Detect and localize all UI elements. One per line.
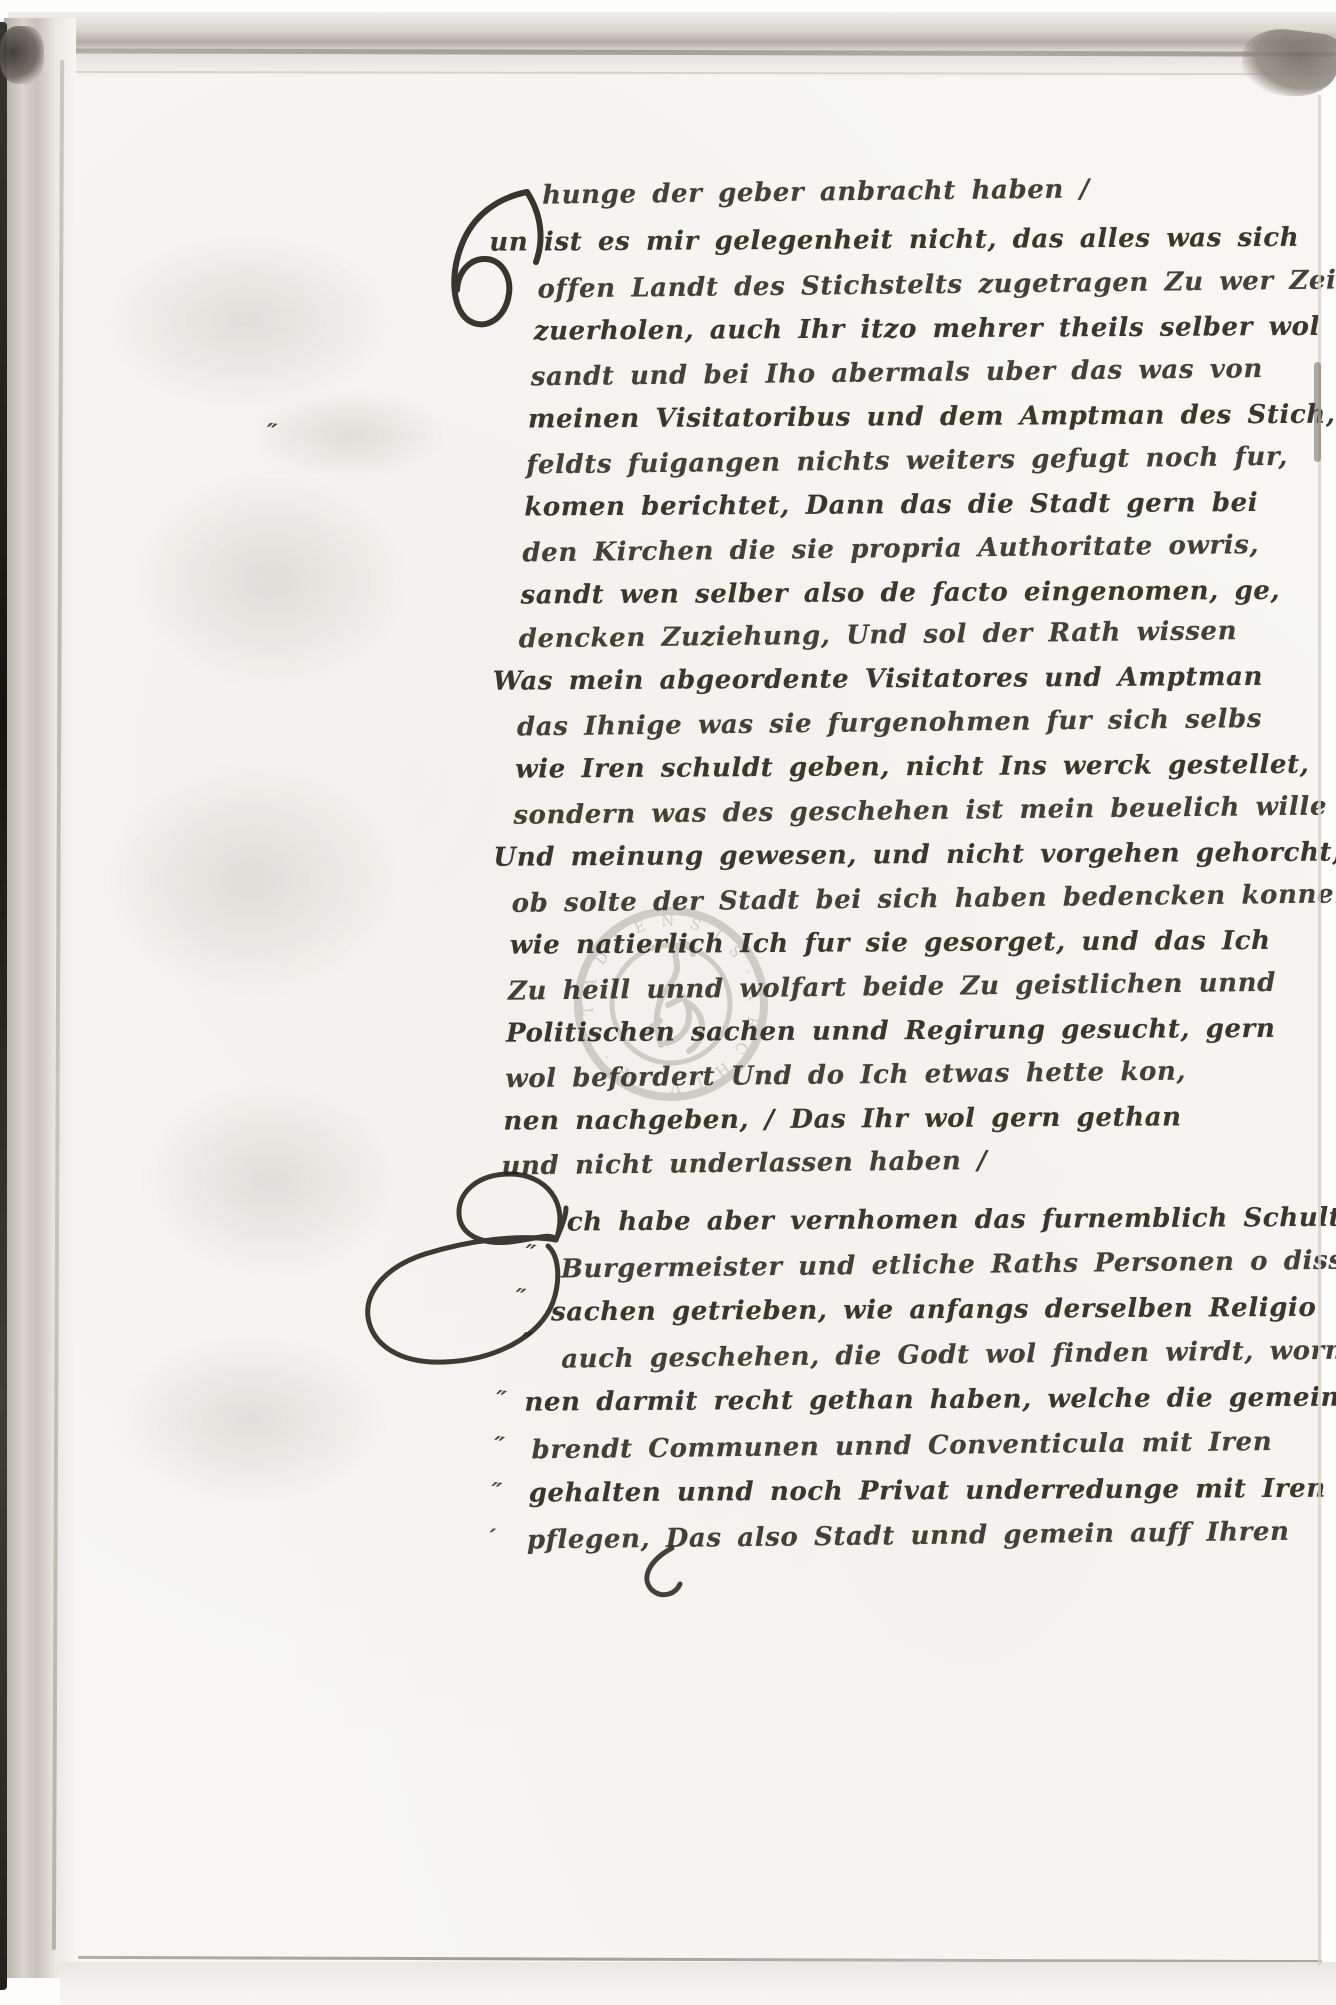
ditto-mark: ″ bbox=[492, 1430, 505, 1460]
ditto-mark: ″ bbox=[264, 417, 277, 447]
manuscript-line: den Kirchen die sie propria Authoritate … bbox=[522, 530, 1259, 568]
bottom-underlying-pages bbox=[60, 1962, 1336, 2005]
manuscript-line: un ist es mir gelegenheit nicht, das all… bbox=[489, 223, 1299, 258]
ditto-mark: ″ bbox=[519, 1326, 532, 1356]
manuscript-line: meinen Visitatoribus und dem Amptman des… bbox=[528, 400, 1336, 435]
left-binding-dark-strip bbox=[0, 22, 7, 1990]
manuscript-line: nen nachgeben, / Das Ihr wol gern gethan bbox=[503, 1102, 1181, 1136]
manuscript-line: Zu heill unnd wolfart beide Zu geistlich… bbox=[508, 968, 1276, 1007]
ditto-mark: ″ bbox=[523, 1238, 536, 1268]
manuscript-line: wie natierlich Ich fur sie gesorget, und… bbox=[510, 926, 1271, 961]
manuscript-line: komen berichtet, Dann das die Stadt gern… bbox=[524, 488, 1258, 522]
top-left-corner-shadow bbox=[0, 26, 44, 84]
ditto-mark: ″ bbox=[513, 1282, 526, 1312]
manuscript-line: nen darmit recht gethan haben, welche di… bbox=[524, 1383, 1336, 1418]
manuscript-line: auch geschehen, die Godt wol finden wird… bbox=[561, 1335, 1336, 1374]
manuscript-line: gehalten unnd noch Privat underredunge m… bbox=[529, 1474, 1326, 1509]
manuscript-line: wie Iren schuldt geben, nicht Ins werck … bbox=[515, 750, 1309, 785]
manuscript-line: dencken Zuziehung, Und sol der Rath wiss… bbox=[519, 616, 1238, 654]
manuscript-line: Was mein abgeordente Visitatores und Amp… bbox=[493, 662, 1263, 697]
ditto-mark: ′ bbox=[487, 1522, 495, 1551]
manuscript-scan: ✠ · S T A D I E N S I S · A R C H I V · … bbox=[0, 0, 1336, 2005]
manuscript-line: und nicht underlassen haben / bbox=[501, 1146, 987, 1182]
manuscript-line: feldts fuigangen nichts weiters gefugt n… bbox=[526, 442, 1288, 481]
manuscript-line: sandt und bei Iho abermals uber das was … bbox=[531, 354, 1263, 392]
manuscript-line: sondern was des geschehen ist mein beuel… bbox=[513, 792, 1327, 831]
left-deckle-edges bbox=[4, 18, 76, 1978]
right-edge-streak bbox=[1314, 362, 1321, 462]
manuscript-line: offen Landt des Stichstelts zugetragen Z… bbox=[537, 266, 1336, 305]
ditto-mark: ″ bbox=[493, 1384, 506, 1414]
manuscript-line: das Ihnige was sie furgenohmen fur sich … bbox=[517, 704, 1262, 742]
manuscript-line: Burgermeister und etliche Raths Personen… bbox=[561, 1245, 1336, 1284]
manuscript-line: Und meinung gewesen, und nicht vorgehen … bbox=[493, 838, 1336, 873]
manuscript-line: sachen getrieben, wie anfangs derselben … bbox=[551, 1293, 1317, 1328]
manuscript-line: brendt Communen unnd Conventicula mit Ir… bbox=[531, 1427, 1272, 1465]
handwritten-text-block: hunge der geber anbracht haben /un ist e… bbox=[0, 0, 1336, 2005]
manuscript-line: ob solte der Stadt bei sich haben bedenc… bbox=[511, 879, 1336, 919]
manuscript-line: pflegen, Das also Stadt unnd gemein auff… bbox=[527, 1517, 1290, 1556]
manuscript-line: ch habe aber vernhomen das furnemblich S… bbox=[567, 1202, 1336, 1237]
manuscript-line: hunge der geber anbracht haben / bbox=[542, 174, 1090, 210]
manuscript-line: Politischen sachen unnd Regirung gesucht… bbox=[506, 1014, 1276, 1049]
manuscript-line: zuerholen, auch Ihr itzo mehrer theils s… bbox=[534, 311, 1336, 346]
manuscript-line: wol befordert Und do Ich etwas hette kon… bbox=[505, 1057, 1186, 1095]
top-page-edges bbox=[8, 12, 1336, 78]
ditto-mark: ″ bbox=[489, 1476, 502, 1506]
manuscript-line: sandt wen selber also de facto eingenome… bbox=[520, 576, 1280, 611]
